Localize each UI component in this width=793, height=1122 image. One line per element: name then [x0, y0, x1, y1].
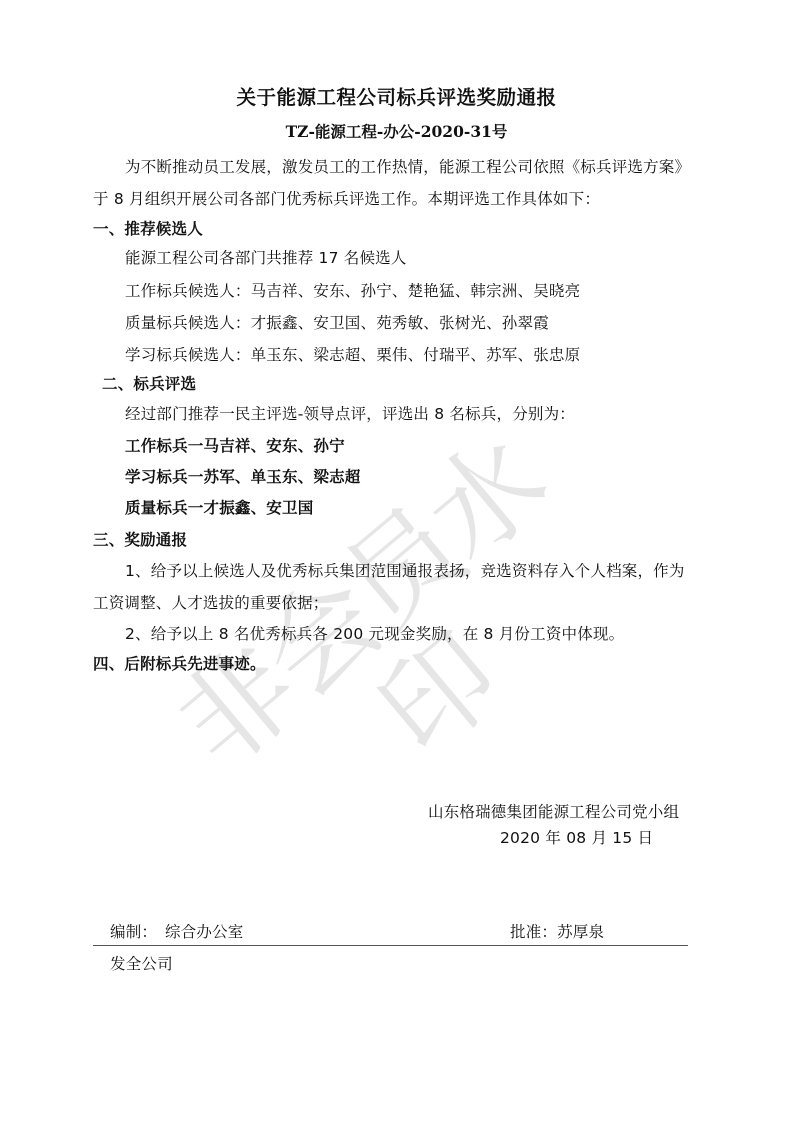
- signature-date: 2020 年 08 月 15 日: [500, 828, 653, 848]
- section-2-line: 经过部门推荐一民主评选-领导点评，评选出 8 名标兵，分别为：: [125, 404, 575, 424]
- section-1-line: 工作标兵候选人：马吉祥、安东、孙宁、楚艳猛、韩宗洲、吴晓亮: [125, 281, 580, 301]
- section-1-line: 学习标兵候选人：单玉东、梁志超、栗伟、付瑞平、苏军、张忠原: [125, 345, 580, 365]
- winner-line: 质量标兵一才振鑫、安卫国: [125, 498, 313, 518]
- section-1-line: 能源工程公司各部门共推荐 17 名候选人: [125, 248, 407, 268]
- approved-by: 批准：苏厚泉: [510, 922, 604, 942]
- winner-line: 学习标兵一苏军、单玉东、梁志超: [125, 467, 361, 487]
- footer-divider: [93, 945, 688, 946]
- intro-line-2: 于 8 月组织开展公司各部门优秀标兵评选工作。本期评选工作具体如下：: [93, 189, 600, 209]
- signature-organization: 山东格瑞德集团能源工程公司党小组: [428, 802, 679, 822]
- section-3-line: 工资调整、人才选拔的重要依据；: [93, 593, 329, 613]
- section-1-line: 质量标兵候选人：才振鑫、安卫国、苑秀敏、张树光、孙翠霞: [125, 313, 549, 333]
- document-title: 关于能源工程公司标兵评选奖励通报: [0, 86, 793, 110]
- intro-line-1: 为不断推动员工发展，激发员工的工作热情，能源工程公司依照《标兵评选方案》: [125, 157, 690, 177]
- document-page: 非会员水印 关于能源工程公司标兵评选奖励通报 TZ-能源工程-办公-2020-3…: [0, 0, 793, 1122]
- section-3-line: 1、给予以上候选人及优秀标兵集团范围通报表扬，竞选资料存入个人档案，作为: [125, 561, 685, 581]
- section-heading-4: 四、后附标兵先进事迹。: [93, 654, 266, 674]
- prepared-by-value: 综合办公室: [165, 922, 244, 942]
- distribution: 发全公司: [110, 954, 173, 974]
- section-heading-2: 二、标兵评选: [102, 374, 196, 394]
- prepared-by-label: 编制：: [110, 922, 157, 942]
- section-heading-3: 三、奖励通报: [93, 530, 187, 550]
- section-3-line: 2、给予以上 8 名优秀标兵各 200 元现金奖励，在 8 月份工资中体现。: [125, 624, 624, 644]
- winner-line: 工作标兵一马吉祥、安东、孙宁: [125, 436, 345, 456]
- section-heading-1: 一、推荐候选人: [93, 219, 203, 239]
- document-number: TZ-能源工程-办公-2020-31号: [0, 122, 793, 142]
